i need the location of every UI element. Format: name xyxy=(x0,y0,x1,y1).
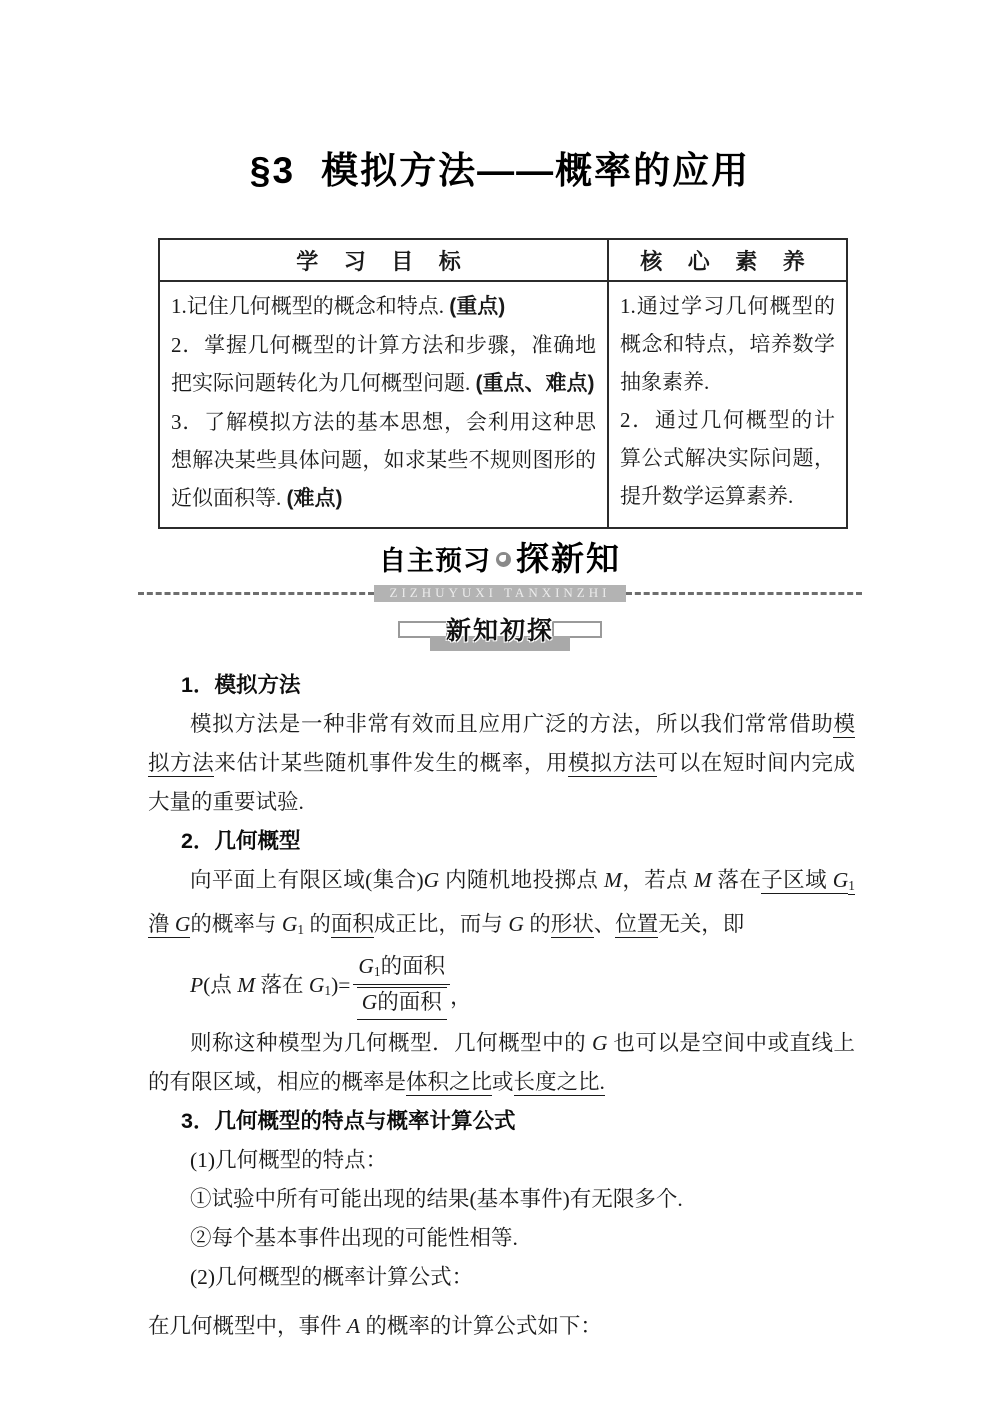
goal-item-1: 1.记住几何概型的概念和特点. (重点) xyxy=(171,287,596,326)
subsection-label-wrap: 新知初探 xyxy=(434,611,566,647)
table-body-row: 1.记住几何概型的概念和特点. (重点) 2．掌握几何概型的计算方法和步骤，准确… xyxy=(159,281,847,528)
banner-subtitle-row: ZIZHUYUXI TANXINZHI xyxy=(138,585,862,602)
heading-geometric-model: 2．几何概型 xyxy=(148,822,855,861)
heading-features-and-formula: 3．几何概型的特点与概率计算公式 xyxy=(148,1102,855,1141)
heading-simulation-method: 1．模拟方法 xyxy=(148,666,855,705)
subsection-label: 新知初探 xyxy=(446,617,554,645)
subsection-banner: 新知初探 xyxy=(0,612,1000,646)
section-banner: 自主预习探新知 ZIZHUYUXI TANXINZHI xyxy=(0,542,1000,602)
table-header-row: 学 习 目 标 核 心 素 养 xyxy=(159,239,847,281)
content-area: 1．模拟方法 模拟方法是一种非常有效而且应用广泛的方法，所以我们常常借助模拟方法… xyxy=(148,666,855,1346)
dashed-line-left xyxy=(138,592,374,595)
formula-prefix: P(点 M 落在 G1)= xyxy=(190,972,350,1000)
goal-item-3: 3．了解模拟方法的基本思想，会利用这种思想解决某些具体问题，如求某些不规则图形的… xyxy=(171,403,596,518)
goal-item-2: 2．掌握几何概型的计算方法和步骤，准确地把实际问题转化为几何概型问题. (重点、… xyxy=(171,326,596,403)
core-competency-cell: 1.通过学习几何概型的概念和特点，培养数学抽象素养. 2．通过几何概型的计算公式… xyxy=(608,281,847,528)
document-page: §3模拟方法——概率的应用 学 习 目 标 核 心 素 养 1.记住几何概型的概… xyxy=(0,0,1000,1414)
competency-item-2: 2．通过几何概型的计算公式解决实际问题，提升数学运算素养. xyxy=(620,401,835,515)
banner-subtitle: ZIZHUYUXI TANXINZHI xyxy=(374,585,627,602)
formula-suffix: ， xyxy=(450,984,472,1020)
objectives-table: 学 习 目 标 核 心 素 养 1.记住几何概型的概念和特点. (重点) 2．掌… xyxy=(158,238,848,529)
section-number: §3 xyxy=(250,150,295,191)
closing-line: 在几何概型中，事件 A 的概率的计算公式如下： xyxy=(148,1307,855,1346)
line-formula-intro: (2)几何概型的概率计算公式： xyxy=(148,1258,855,1297)
leaf-icon xyxy=(496,552,511,567)
dashed-line-right xyxy=(626,592,862,595)
header-learning-goals: 学 习 目 标 xyxy=(159,239,608,281)
banner-title-right: 探新知 xyxy=(516,540,621,577)
line-feature-2: ②每个基本事件出现的可能性相等. xyxy=(148,1219,855,1258)
banner-title-left: 自主预习 xyxy=(379,546,491,576)
page-title: §3模拟方法——概率的应用 xyxy=(0,0,1000,194)
formula-fraction: G1的面积 G的面积 xyxy=(353,953,450,1020)
fraction-denominator: G的面积 xyxy=(357,987,447,1020)
header-core-competency: 核 心 素 养 xyxy=(608,239,847,281)
competency-item-1: 1.通过学习几何概型的概念和特点，培养数学抽象素养. xyxy=(620,287,835,401)
line-feature-intro: (1)几何概型的特点： xyxy=(148,1141,855,1180)
probability-formula: P(点 M 落在 G1)= G1的面积 G的面积 ， xyxy=(148,953,855,1020)
banner-title: 自主预习探新知 xyxy=(0,542,1000,583)
para-geometric-model-2: 则称这种模型为几何概型．几何概型中的 G 也可以是空间中或直线上的有限区域，相应… xyxy=(148,1024,855,1102)
learning-goals-cell: 1.记住几何概型的概念和特点. (重点) 2．掌握几何概型的计算方法和步骤，准确… xyxy=(159,281,608,528)
para-simulation-method: 模拟方法是一种非常有效而且应用广泛的方法，所以我们常常借助模拟方法来估计某些随机… xyxy=(148,705,855,822)
fraction-numerator: G1的面积 xyxy=(353,953,450,985)
line-feature-1: ①试验中所有可能出现的结果(基本事件)有无限多个. xyxy=(148,1180,855,1219)
title-text: 模拟方法——概率的应用 xyxy=(321,150,750,191)
para-geometric-model: 向平面上有限区域(集合)G 内随机地投掷点 M，若点 M 落在子区域 G1 澛 … xyxy=(148,861,855,949)
